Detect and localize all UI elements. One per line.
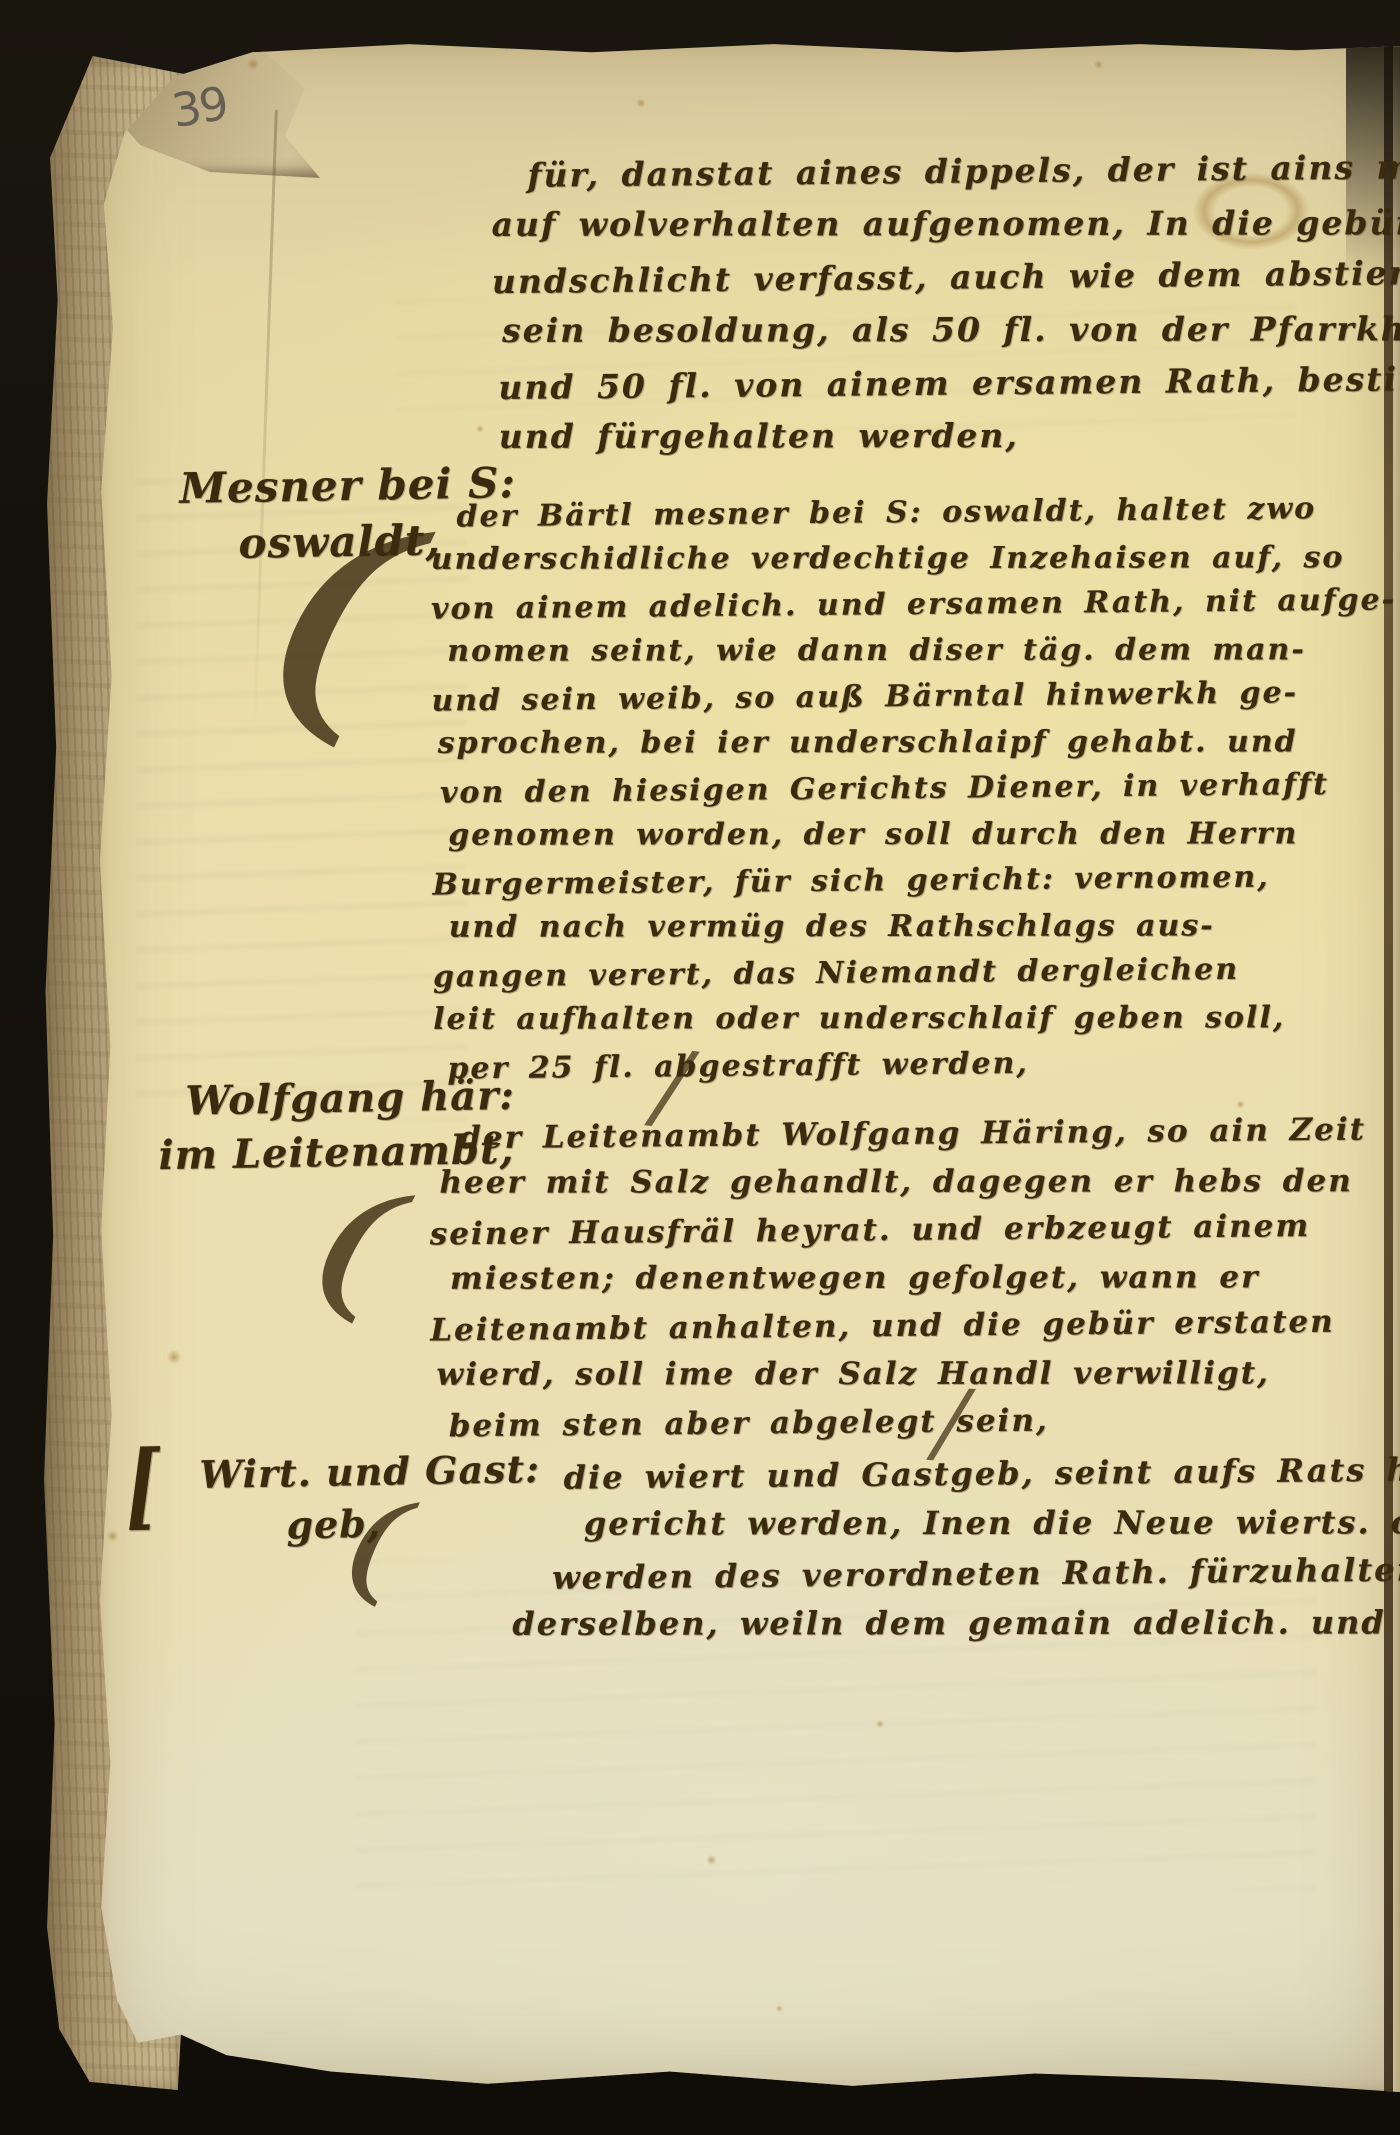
text-line: seiner Hausfräl heyrat. und erbzeugt ain… <box>430 1202 1367 1259</box>
text-line: leit aufhalten oder underschlaif geben s… <box>433 995 1398 1043</box>
paragraph-leitenambt: der Leitenambt Wolfgang Häring, so ain Z… <box>429 1108 1368 1449</box>
text-line: für, danstat aines dippels, der ist ains… <box>527 139 1400 202</box>
text-line: derselben, weiln dem gemain adelich. und… <box>512 1597 1400 1649</box>
show-through-ghost-text <box>136 480 466 1120</box>
text-line: der Leitenambt Wolfgang Häring, so ain Z… <box>459 1106 1366 1163</box>
paragraph-mesner: der Bärtl mesner bei S: oswaldt, haltet … <box>430 487 1398 1090</box>
text-line: der Bärtl mesner bei S: oswaldt, haltet … <box>456 485 1395 540</box>
text-line: sprochen, bei ier underschlaipf gehabt. … <box>438 719 1397 767</box>
text-line: Burgermeister, für sich gericht: vernome… <box>432 853 1397 908</box>
pen-flourish <box>299 1156 416 1343</box>
text-line: sein besoldung, als 50 fl. von der Pfarr… <box>502 302 1400 357</box>
foxing-spot <box>106 1530 119 1542</box>
text-line: von ainem adelich. und ersamen Rath, nit… <box>431 577 1396 632</box>
foxing-spot <box>776 2005 783 2012</box>
text-line: miesten; denentwegen gefolget, wann er <box>450 1253 1367 1303</box>
text-line: und sein weib, so auß Bärntal hinwerkh g… <box>431 669 1396 724</box>
manuscript-photo: { "document": { "page_number": "39", "ma… <box>0 0 1400 2135</box>
text-line: undschlicht verfasst, auch wie dem absti… <box>492 245 1400 308</box>
foxing-spot <box>636 98 646 108</box>
margin-note-wirt-gastgeb: Wirt. und Gast: geb, <box>199 1443 541 1553</box>
foxing-spot <box>876 1720 884 1728</box>
margin-note-line: geb, <box>286 1495 541 1551</box>
text-line: gangen verert, das Niemandt dergleichen <box>433 945 1398 1000</box>
foxing-spot <box>246 58 260 70</box>
text-line: underschidliche verdechtige Inzehaisen a… <box>431 535 1396 583</box>
text-line: Leitenambt anhalten, und die gebür ersta… <box>430 1298 1367 1355</box>
foxing-spot <box>166 1350 182 1364</box>
paragraph-besoldung: für, danstat aines dippels, der ist ains… <box>491 141 1400 465</box>
paper-crease <box>253 110 278 730</box>
folio-number: 39 <box>168 76 230 138</box>
text-line: gericht werden, Inen die Neue wierts. or… <box>584 1497 1400 1549</box>
text-line: genomen worden, der soll durch den Herrn <box>448 811 1397 859</box>
margin-note-line: Wirt. und Gast: <box>199 1443 540 1501</box>
text-line: und nach vermüg des Rathschlags aus- <box>449 903 1398 951</box>
foxing-spot <box>1094 60 1103 69</box>
text-line: wierd, soll ime der Salz Handl verwillig… <box>436 1349 1367 1399</box>
text-line: heer mit Salz gehandlt, dagegen er hebs … <box>439 1157 1366 1207</box>
foxing-spot <box>706 1855 717 1865</box>
paragraph-wirt-gastgeb: die wiert und Gastgeb, seint aufs Rats h… <box>511 1445 1400 1651</box>
manuscript-page: 39 für, danstat aines dippels, der ist a… <box>96 40 1400 2092</box>
text-line: beim sten aber abgelegt sein, <box>449 1394 1368 1451</box>
text-line: von den hiesigen Gerichts Diener, in ver… <box>440 761 1397 816</box>
text-line: per 25 fl. abgestrafft werden, <box>447 1037 1398 1092</box>
text-line: und 50 fl. von ainem ersamen Rath, besti… <box>498 351 1400 414</box>
margin-bracket <box>125 1429 161 1540</box>
text-line: werden des verordneten Rath. fürzuhalten… <box>552 1543 1400 1603</box>
text-line: nomen seint, wie dann diser täg. dem man… <box>447 627 1396 675</box>
text-line: auf wolverhalten aufgenomen, In die gebü… <box>492 196 1400 251</box>
text-line: und fürgehalten werden, <box>499 408 1400 463</box>
text-line: die wiert und Gastgeb, seint aufs Rats h… <box>563 1443 1400 1503</box>
foxing-spot <box>476 425 484 433</box>
